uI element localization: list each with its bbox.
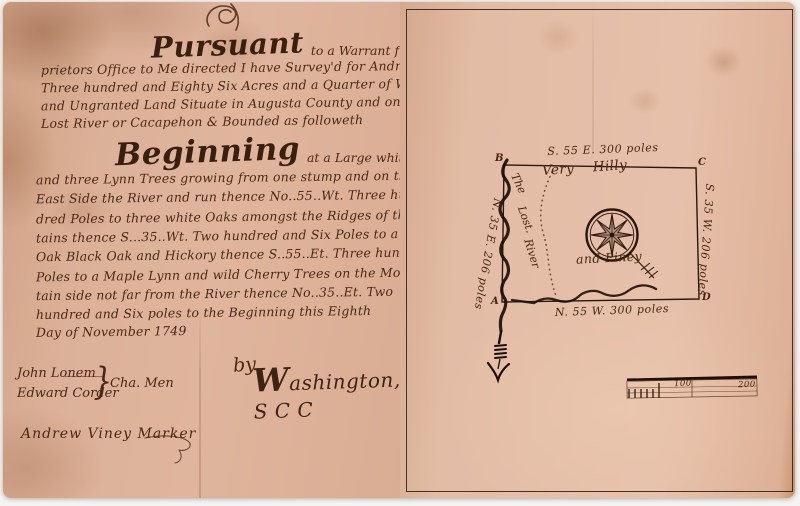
paragraph-line: prietors Office to Me directed I have Su… [41,59,460,77]
paragraph-line: Lost River or Cacapehon & Bounded as fol… [41,114,363,130]
compass-rose-icon [587,210,659,279]
paragraph-beginning-first-line: Beginning at a Large white Pine [115,134,443,170]
paragraph-line: hundred and Six poles to the Beginning t… [36,305,371,322]
paragraph-line: Poles to a Maple Lynn and wild Cherry Tr… [36,266,417,283]
fold-crease [199,302,201,498]
paragraph-line: Day of November 1749 [36,325,187,339]
scale-label-200: 200 [738,381,756,390]
corner-label-a: A [491,297,499,307]
paragraph-line: tain side not far from the River thence … [36,286,393,303]
dotted-trail-line [541,172,556,296]
witness-chain-man: John Lonem [17,366,96,381]
screenshot-root: { "left_page": { "paragraph1": { "openin… [0,0,800,506]
opening-word-beginning: Beginning [114,131,300,173]
paragraph-line: tains thence S...35..Wt. Two hundred and… [36,227,439,244]
arrow-shaft [498,359,500,369]
corner-label-b: B [495,154,503,164]
scale-label-100: 100 [674,380,692,389]
paragraph-line: Oak Black Oak and Hickory thence S..55..… [36,247,408,264]
plat-page: B C D A S. 55 E. 300 poles S. 35 W. 206 … [400,2,795,498]
scale-subdivisions [629,383,659,398]
survey-document-paper: Pursuant to a Warrant from the Pro priet… [3,2,795,498]
arrow-fletching-icon [495,345,506,358]
paragraph-line: and three Lynn Trees growing from one st… [36,170,415,187]
river-tail [499,332,501,343]
chain-men-label: Cha. Men [110,376,174,391]
corner-label-c: C [698,158,706,168]
survey-text-page: Pursuant to a Warrant from the Pro priet… [3,2,400,498]
signature-flourish-icon [143,432,193,466]
river-icon [500,160,509,331]
paragraph-line: and Ungranted Land Situate in Augusta Co… [41,96,426,113]
paragraph-line: Three hundred and Eighty Six Acres and a… [41,78,434,95]
paragraph-line: East Side the River and run thence No..5… [36,189,415,206]
paragraph-line: dred Poles to three white Oaks amongst t… [36,208,455,226]
washington-signature: Washington, S C C [252,356,402,423]
